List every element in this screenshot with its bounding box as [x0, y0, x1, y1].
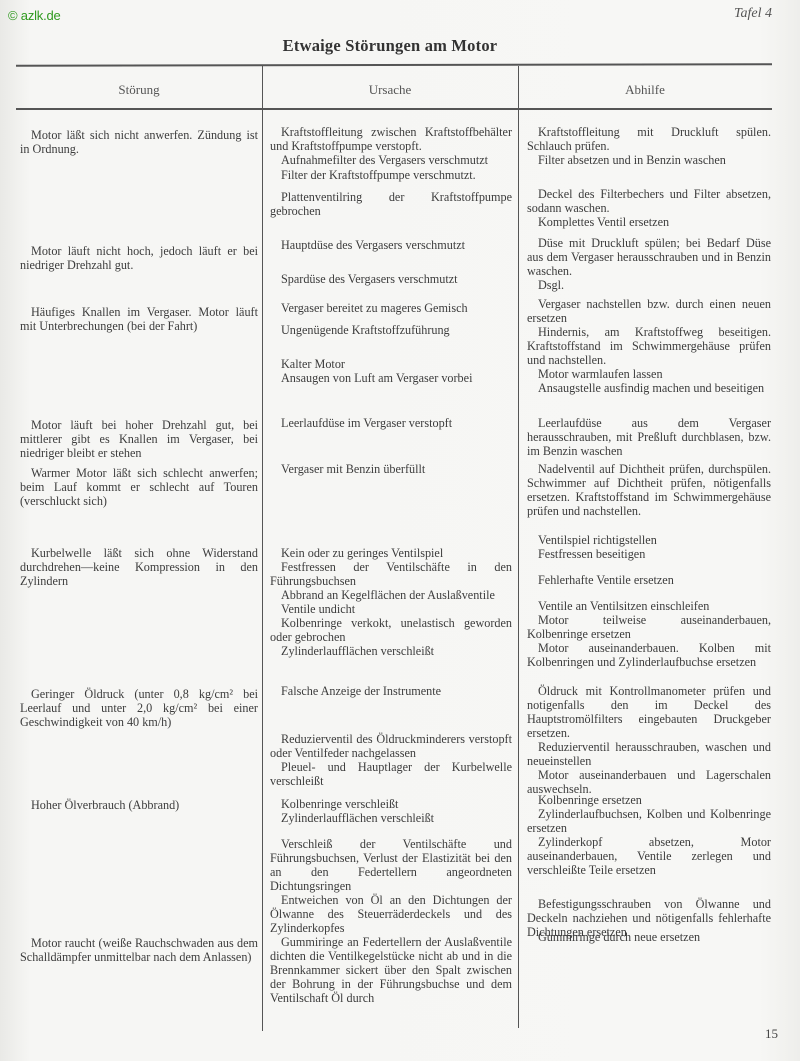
table-cell-ursache: Gummiringe an Federtellern der Auslaßven…	[270, 935, 512, 1005]
cell-text: Kolbenringe verkokt, unelastisch geworde…	[270, 616, 512, 644]
cell-text: Leerlaufdüse aus dem Vergaser herausschr…	[527, 416, 771, 458]
cell-text: Entweichen von Öl an den Dichtungen der …	[270, 893, 512, 935]
cell-text: Warmer Motor läßt sich schlecht anwerfen…	[20, 466, 258, 508]
cell-text: Düse mit Druckluft spülen; bei Bedarf Dü…	[527, 236, 771, 278]
cell-text: Zylinderkopf absetzen, Motor auseinander…	[527, 835, 771, 877]
cell-text: Hoher Ölverbrauch (Abbrand)	[20, 798, 258, 812]
cell-text: Ansaugen von Luft am Vergaser vorbei	[270, 371, 512, 385]
table-cell-ursache: Vergaser bereitet zu mageres Gemisch Ung…	[270, 301, 512, 385]
cell-text: Häufiges Knallen im Vergaser. Motor läuf…	[20, 305, 258, 333]
cell-text: Aufnahmefilter des Vergasers verschmutzt	[270, 153, 512, 167]
cell-text: Vergaser mit Benzin überfüllt	[270, 462, 512, 476]
cell-text: Filter der Kraftstoffpumpe verschmutzt.	[270, 168, 512, 182]
cell-text: Motor läuft bei hoher Drehzahl gut, bei …	[20, 418, 258, 460]
cell-text: Kolbenringe ersetzen	[527, 793, 771, 807]
cell-text: Fehlerhafte Ventile ersetzen	[527, 573, 771, 587]
cell-text: Verschleiß der Ventilschäfte und Führung…	[270, 837, 512, 893]
table-cell-stoerung: Motor läuft nicht hoch, jedoch läuft er …	[20, 244, 258, 272]
cell-text: Motor warmlaufen lassen	[527, 367, 771, 381]
cell-text: Zylinderlaufflächen verschleißt	[270, 644, 512, 658]
table-cell-stoerung: Motor läuft bei hoher Drehzahl gut, bei …	[20, 418, 258, 460]
cell-text: Vergaser nachstellen bzw. durch einen ne…	[527, 297, 771, 325]
table-cell-ursache: Kein oder zu geringes Ventilspiel Festfr…	[270, 546, 512, 658]
table-header-rule	[16, 108, 772, 110]
table-cell-ursache: Falsche Anzeige der Instrumente Reduzier…	[270, 684, 512, 788]
plate-label: Tafel 4	[734, 6, 772, 22]
cell-text: Pleuel- und Hauptlager der Kurbelwelle v…	[270, 760, 512, 788]
cell-text: Öldruck mit Kontrollmanometer prüfen und…	[527, 684, 771, 740]
table-cell-stoerung: Hoher Ölverbrauch (Abbrand)	[20, 798, 258, 812]
table-cell-ursache: Kraftstoffleitung zwischen Kraftstoffbeh…	[270, 125, 512, 218]
cell-text: Motor raucht (weiße Rauchschwaden aus de…	[20, 936, 258, 964]
cell-text: Kraftstoffleitung mit Druckluft spülen. …	[527, 125, 771, 153]
cell-text: Vergaser bereitet zu mageres Gemisch	[270, 301, 512, 315]
cell-text: Abbrand an Kegelflächen der Auslaßventil…	[270, 588, 512, 602]
table-cell-abhilfe: Kolbenringe ersetzen Zylinderlaufbuchsen…	[527, 793, 771, 939]
page-title: Etwaige Störungen am Motor	[0, 36, 780, 56]
column-header-stoerung: Störung	[16, 82, 262, 98]
table-cell-abhilfe: Nadelventil auf Dichtheit prüfen, durchs…	[527, 462, 771, 518]
table-cell-stoerung: Geringer Öldruck (unter 0,8 kg/cm² bei L…	[20, 687, 258, 729]
column-divider	[262, 66, 263, 1031]
cell-text: Zylinderlaufflächen verschleißt	[270, 811, 512, 825]
cell-text: Festfressen der Ventilschäfte in den Füh…	[270, 560, 512, 588]
cell-text: Deckel des Filterbechers und Filter abse…	[527, 187, 771, 215]
column-divider	[518, 66, 519, 1028]
table-cell-stoerung: Häufiges Knallen im Vergaser. Motor läuf…	[20, 305, 258, 333]
cell-text: Ventile an Ventilsitzen einschleifen	[527, 599, 771, 613]
cell-text: Festfressen beseitigen	[527, 547, 771, 561]
watermark: © azlk.de	[8, 8, 61, 23]
cell-text: Hindernis, am Kraftstoffweg beseitigen. …	[527, 325, 771, 367]
cell-text: Ventilspiel richtigstellen	[527, 533, 771, 547]
cell-text: Gummiringe durch neue ersetzen	[527, 930, 771, 944]
cell-text: Ventile undicht	[270, 602, 512, 616]
table-cell-ursache: Kolbenringe verschleißt Zylinderlauffläc…	[270, 797, 512, 935]
cell-text: Gummiringe an Federtellern der Auslaßven…	[270, 935, 512, 1005]
table-cell-ursache: Vergaser mit Benzin überfüllt	[270, 462, 512, 476]
table-cell-abhilfe: Vergaser nachstellen bzw. durch einen ne…	[527, 297, 771, 395]
cell-text: Kalter Motor	[270, 357, 512, 371]
table-cell-abhilfe: Öldruck mit Kontrollmanometer prüfen und…	[527, 684, 771, 796]
cell-text: Kein oder zu geringes Ventilspiel	[270, 546, 512, 560]
cell-text: Kraftstoffleitung zwischen Kraftstoffbeh…	[270, 125, 512, 153]
cell-text: Motor läßt sich nicht anwerfen. Zündung …	[20, 128, 258, 156]
cell-text: Filter absetzen und in Benzin waschen	[527, 153, 771, 167]
table-cell-abhilfe: Kraftstoffleitung mit Druckluft spülen. …	[527, 125, 771, 229]
cell-text: Kolbenringe verschleißt	[270, 797, 512, 811]
cell-text: Motor auseinanderbauen und Lagerschalen …	[527, 768, 771, 796]
cell-text: Hauptdüse des Vergasers verschmutzt	[270, 238, 512, 252]
cell-text: Motor teilweise auseinanderbauen, Kolben…	[527, 613, 771, 641]
table-cell-stoerung: Warmer Motor läßt sich schlecht anwerfen…	[20, 466, 258, 508]
table-cell-stoerung: Motor raucht (weiße Rauchschwaden aus de…	[20, 936, 258, 964]
cell-text: Ungenügende Kraftstoffzuführung	[270, 323, 512, 337]
table-cell-stoerung: Kurbelwelle läßt sich ohne Widerstand du…	[20, 546, 258, 588]
cell-text: Zylinderlaufbuchsen, Kolben und Kolbenri…	[527, 807, 771, 835]
cell-text: Komplettes Ventil ersetzen	[527, 215, 771, 229]
table-cell-abhilfe: Gummiringe durch neue ersetzen	[527, 930, 771, 944]
column-header-abhilfe: Abhilfe	[518, 82, 772, 98]
table-cell-abhilfe: Leerlaufdüse aus dem Vergaser herausschr…	[527, 416, 771, 458]
cell-text: Spardüse des Vergasers verschmutzt	[270, 272, 512, 286]
table-cell-abhilfe: Ventilspiel richtigstellen Festfressen b…	[527, 533, 771, 669]
cell-text: Dsgl.	[527, 278, 771, 292]
cell-text: Reduzierventil des Öldruckminderers vers…	[270, 732, 512, 760]
cell-text: Ansaugstelle ausfindig machen und beseit…	[527, 381, 771, 395]
cell-text: Motor läuft nicht hoch, jedoch läuft er …	[20, 244, 258, 272]
page-number: 15	[765, 1026, 778, 1042]
table-cell-ursache: Hauptdüse des Vergasers verschmutzt Spar…	[270, 238, 512, 286]
table-cell-abhilfe: Düse mit Druckluft spülen; bei Bedarf Dü…	[527, 236, 771, 292]
column-header-ursache: Ursache	[262, 82, 518, 98]
table-cell-stoerung: Motor läßt sich nicht anwerfen. Zündung …	[20, 128, 258, 156]
cell-text: Plattenventilring der Kraftstoffpumpe ge…	[270, 190, 512, 218]
cell-text: Leerlaufdüse im Vergaser verstopft	[270, 416, 512, 430]
table-cell-ursache: Leerlaufdüse im Vergaser verstopft	[270, 416, 512, 430]
cell-text: Reduzierventil herausschrauben, waschen …	[527, 740, 771, 768]
cell-text: Nadelventil auf Dichtheit prüfen, durchs…	[527, 462, 771, 518]
cell-text: Falsche Anzeige der Instrumente	[270, 684, 512, 698]
cell-text: Kurbelwelle läßt sich ohne Widerstand du…	[20, 546, 258, 588]
cell-text: Geringer Öldruck (unter 0,8 kg/cm² bei L…	[20, 687, 258, 729]
cell-text: Motor auseinanderbauen. Kolben mit Kolbe…	[527, 641, 771, 669]
